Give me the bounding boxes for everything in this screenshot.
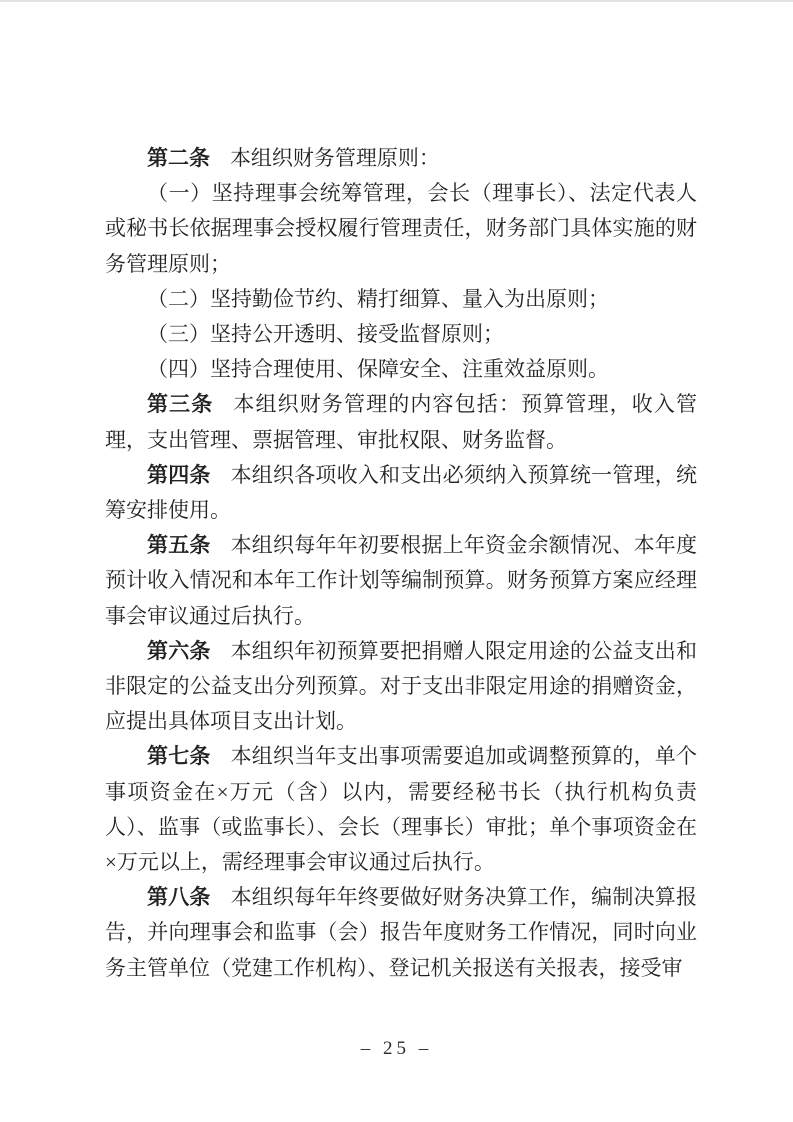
paragraph-text: （四）坚持合理使用、保障安全、注重效益原则。 xyxy=(147,357,609,381)
article-number: 第三条 xyxy=(147,392,213,416)
paragraph-item-1: （一）坚持理事会统筹管理，会长（理事长）、法定代表人或秘书长依据理事会授权履行管… xyxy=(105,176,697,282)
paragraph-item-3: （三）坚持公开透明、接受监督原则； xyxy=(105,317,697,352)
paragraph-text: （一）坚持理事会统筹管理，会长（理事长）、法定代表人或秘书长依据理事会授权履行管… xyxy=(105,181,697,275)
article-number: 第二条 xyxy=(147,146,210,170)
paragraph-item-2: （二）坚持勤俭节约、精打细算、量入为出原则； xyxy=(105,282,697,317)
scan-edge-line xyxy=(0,0,793,2)
article-number: 第五条 xyxy=(147,533,211,557)
paragraph-article-7: 第七条本组织当年支出事项需要追加或调整预算的，单个事项资金在×万元（含）以内，需… xyxy=(105,739,697,880)
paragraph-item-4: （四）坚持合理使用、保障安全、注重效益原则。 xyxy=(105,352,697,387)
article-number: 第八条 xyxy=(147,885,211,909)
paragraph-text: 本组织财务管理原则： xyxy=(230,146,440,170)
document-body: 第二条本组织财务管理原则： （一）坚持理事会统筹管理，会长（理事长）、法定代表人… xyxy=(105,141,697,986)
paragraph-text: （二）坚持勤俭节约、精打细算、量入为出原则； xyxy=(147,287,609,311)
paragraph-article-8: 第八条本组织每年年终要做好财务决算工作，编制决算报告，并向理事会和监事（会）报告… xyxy=(105,880,697,986)
paragraph-article-2: 第二条本组织财务管理原则： xyxy=(105,141,697,176)
paragraph-article-6: 第六条本组织年初预算要把捐赠人限定用途的公益支出和非限定的公益支出分列预算。对于… xyxy=(105,634,697,740)
paragraph-text: （三）坚持公开透明、接受监督原则； xyxy=(147,322,504,346)
page-number: – 25 – xyxy=(0,1038,793,1060)
article-number: 第六条 xyxy=(147,639,211,663)
article-number: 第七条 xyxy=(147,744,211,768)
paragraph-article-3: 第三条本组织财务管理的内容包括：预算管理，收入管理，支出管理、票据管理、审批权限… xyxy=(105,387,697,457)
paragraph-article-4: 第四条本组织各项收入和支出必须纳入预算统一管理，统筹安排使用。 xyxy=(105,458,697,528)
paragraph-article-5: 第五条本组织每年年初要根据上年资金余额情况、本年度预计收入情况和本年工作计划等编… xyxy=(105,528,697,634)
article-number: 第四条 xyxy=(147,463,211,487)
